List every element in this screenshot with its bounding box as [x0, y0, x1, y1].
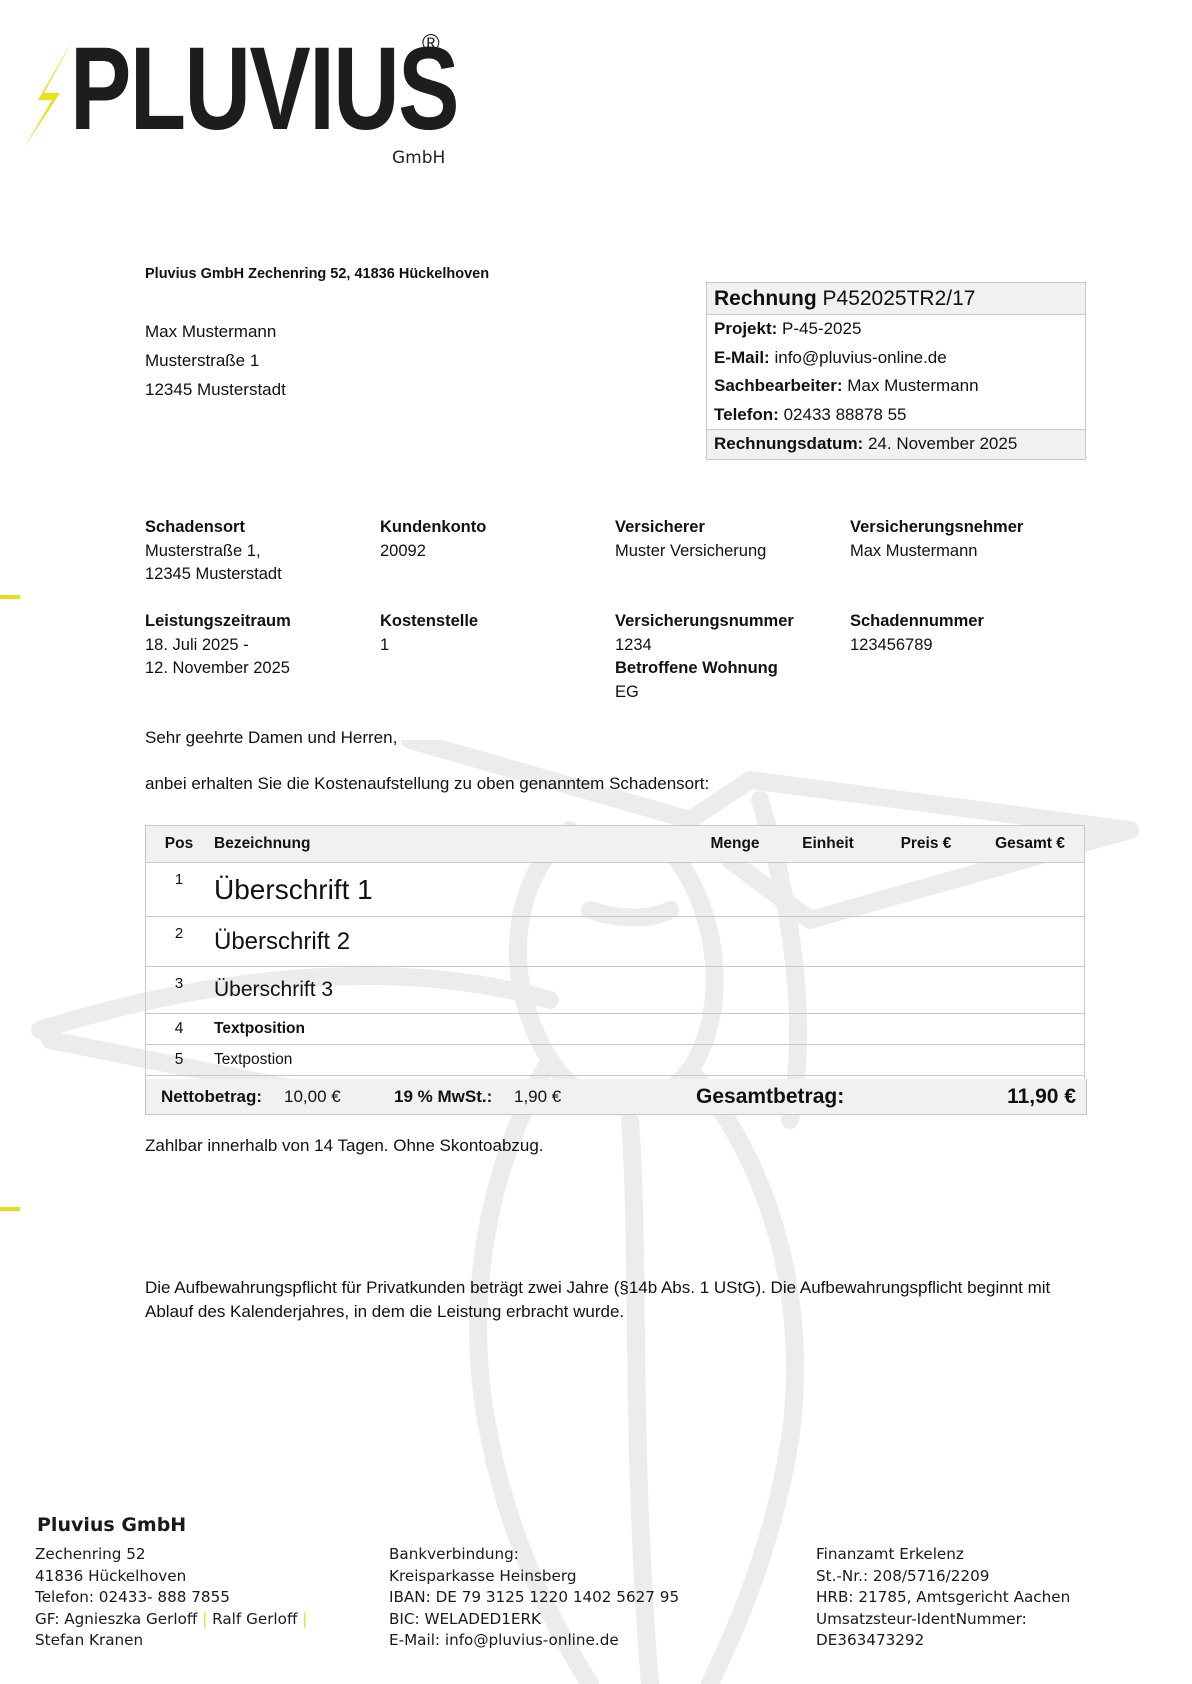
cell-pos: 4: [146, 1014, 213, 1045]
cell-gesamt: [976, 1014, 1085, 1045]
invoice-title-label: Rechnung: [714, 287, 817, 310]
meta-kundenkonto: Kundenkonto 20092: [380, 516, 610, 563]
cell-preis: [876, 1014, 976, 1045]
cell-pos: 5: [146, 1045, 213, 1076]
logo-suffix: GmbH: [392, 148, 445, 168]
meta-versicherungsnummer: Versicherungsnummer 1234 Betroffene Wohn…: [615, 610, 845, 704]
footer-managing-directors: GF: Agnieszka Gerloff | Ralf Gerloff |: [35, 1609, 307, 1631]
meta-value: Max Mustermann: [850, 540, 1080, 564]
cell-preis: [876, 967, 976, 1014]
info-row-email: E-Mail: info@pluvius-online.de: [707, 344, 1085, 373]
footer-bank: Bankverbindung: Kreisparkasse Heinsberg …: [389, 1544, 679, 1652]
sender-address-line: Pluvius GmbH Zechenring 52, 41836 Hückel…: [145, 266, 489, 282]
registered-mark: ®: [422, 30, 440, 58]
cell-menge: [690, 1045, 780, 1076]
footer-line: 41836 Hückelhoven: [35, 1566, 307, 1588]
cell-einheit: [780, 917, 876, 967]
cell-menge: [690, 863, 780, 917]
table-row: 2 Überschrift 2: [146, 917, 1085, 967]
footer-line: Umsatzsteur-IdentNummer:: [816, 1609, 1070, 1631]
meta-label: Versicherungsnehmer: [850, 516, 1080, 540]
meta-label: Kundenkonto: [380, 516, 610, 540]
cell-gesamt: [976, 863, 1085, 917]
meta-label: Kostenstelle: [380, 610, 610, 634]
meta-label: Schadensort: [145, 516, 375, 540]
cell-pos: 3: [146, 967, 213, 1014]
info-value: 02433 88878 55: [784, 405, 907, 424]
meta-kostenstelle: Kostenstelle 1: [380, 610, 610, 657]
meta-label: Betroffene Wohnung: [615, 657, 845, 681]
mwst-label: 19 % MwSt.:: [394, 1087, 492, 1107]
mwst-label-text: 19 % MwSt.:: [394, 1087, 492, 1106]
info-label: Sachbearbeiter:: [714, 376, 843, 395]
table-row: 4 Textposition: [146, 1014, 1085, 1045]
meta-versicherer: Versicherer Muster Versicherung: [615, 516, 845, 563]
table-header-row: Pos Bezeichnung Menge Einheit Preis € Ge…: [146, 826, 1085, 863]
totals-bar: Nettobetrag: 10,00 € 19 % MwSt.: 1,90 € …: [145, 1079, 1087, 1115]
info-label: E-Mail:: [714, 348, 770, 367]
meta-label: Versicherer: [615, 516, 845, 540]
table-row: 3 Überschrift 3: [146, 967, 1085, 1014]
netto-label: Nettobetrag:: [161, 1087, 262, 1107]
recipient-city: 12345 Musterstadt: [145, 375, 286, 404]
meta-value: Musterstraße 1,: [145, 540, 375, 564]
info-label: Projekt:: [714, 319, 777, 338]
footer-line: Kreisparkasse Heinsberg: [389, 1566, 679, 1588]
meta-label: Leistungszeitraum: [145, 610, 375, 634]
info-value: P-45-2025: [782, 319, 861, 338]
footer-company: Pluvius GmbH: [37, 1514, 186, 1536]
info-value: info@pluvius-online.de: [774, 348, 946, 367]
meta-label: Versicherungsnummer: [615, 610, 845, 634]
table-row: 5 Textpostion: [146, 1045, 1085, 1076]
footer-line: Telefon: 02433- 888 7855: [35, 1587, 307, 1609]
table-row: 1 Überschrift 1: [146, 863, 1085, 917]
gesamt-label: Gesamtbetrag:: [696, 1085, 844, 1109]
meta-label: Schadennummer: [850, 610, 1080, 634]
cell-preis: [876, 917, 976, 967]
footer-line: HRB: 21785, Amtsgericht Aachen: [816, 1587, 1070, 1609]
salutation: Sehr geehrte Damen und Herren,: [145, 728, 397, 748]
footer-line: BIC: WELADED1ERK: [389, 1609, 679, 1631]
footer-tax: Finanzamt Erkelenz St.-Nr.: 208/5716/220…: [816, 1544, 1070, 1652]
separator: |: [202, 1610, 207, 1628]
logo-wordmark: PLUVIUS: [70, 30, 458, 148]
col-bezeichnung: Bezeichnung: [212, 826, 690, 863]
cell-menge: [690, 967, 780, 1014]
invoice-date: 24. November 2025: [868, 434, 1017, 453]
cell-einheit: [780, 863, 876, 917]
meta-leistungszeitraum: Leistungszeitraum 18. Juli 2025 - 12. No…: [145, 610, 375, 681]
cell-desc: Textposition: [212, 1014, 690, 1045]
gf-name: Ralf Gerloff: [212, 1610, 297, 1628]
info-label: Telefon:: [714, 405, 779, 424]
cell-preis: [876, 863, 976, 917]
payment-terms: Zahlbar innerhalb von 14 Tagen. Ohne Sko…: [145, 1136, 544, 1156]
cell-einheit: [780, 967, 876, 1014]
meta-value: 1: [380, 634, 610, 658]
cell-preis: [876, 1045, 976, 1076]
legal-note: Die Aufbewahrungspflicht für Privatkunde…: [145, 1276, 1095, 1324]
meta-value: 20092: [380, 540, 610, 564]
meta-value: 123456789: [850, 634, 1080, 658]
cell-einheit: [780, 1045, 876, 1076]
footer-line: Zechenring 52: [35, 1544, 307, 1566]
info-value: Max Mustermann: [847, 376, 978, 395]
info-row-sachbearbeiter: Sachbearbeiter: Max Mustermann: [707, 372, 1085, 401]
meta-versicherungsnehmer: Versicherungsnehmer Max Mustermann: [850, 516, 1080, 563]
footer-line: DE363473292: [816, 1630, 1070, 1652]
mwst-value: 1,90 €: [514, 1087, 561, 1107]
footer-line: E-Mail: info@pluvius-online.de: [389, 1630, 679, 1652]
invoice-info-box: Rechnung P452025TR2/17 Projekt: P-45-202…: [706, 282, 1086, 460]
meta-value: 12345 Musterstadt: [145, 563, 375, 587]
info-row-telefon: Telefon: 02433 88878 55: [707, 401, 1085, 430]
fold-mark: [0, 595, 20, 599]
cell-gesamt: [976, 967, 1085, 1014]
col-einheit: Einheit: [780, 826, 876, 863]
info-label: Rechnungsdatum:: [714, 434, 863, 453]
meta-value: 1234: [615, 634, 845, 658]
footer-line: Bankverbindung:: [389, 1544, 679, 1566]
separator: |: [302, 1610, 307, 1628]
info-row-rechnungsdatum: Rechnungsdatum: 24. November 2025: [707, 429, 1085, 459]
invoice-title: Rechnung P452025TR2/17: [707, 283, 1085, 315]
meta-value: Muster Versicherung: [615, 540, 845, 564]
col-pos: Pos: [146, 826, 213, 863]
meta-value: 12. November 2025: [145, 657, 375, 681]
cell-pos: 2: [146, 917, 213, 967]
gesamt-value: 11,90 €: [1007, 1085, 1076, 1109]
col-menge: Menge: [690, 826, 780, 863]
col-preis: Preis €: [876, 826, 976, 863]
meta-value: 18. Juli 2025 -: [145, 634, 375, 658]
meta-value: EG: [615, 681, 845, 705]
intro-text: anbei erhalten Sie die Kostenaufstellung…: [145, 774, 709, 794]
cell-desc: Überschrift 2: [212, 917, 690, 967]
footer-line: Finanzamt Erkelenz: [816, 1544, 1070, 1566]
cell-menge: [690, 917, 780, 967]
cell-gesamt: [976, 917, 1085, 967]
cell-desc: Überschrift 3: [212, 967, 690, 1014]
netto-label-text: Nettobetrag:: [161, 1087, 262, 1106]
meta-schadennummer: Schadennummer 123456789: [850, 610, 1080, 657]
footer-address: Zechenring 52 41836 Hückelhoven Telefon:…: [35, 1544, 307, 1652]
netto-value: 10,00 €: [284, 1087, 341, 1107]
cell-einheit: [780, 1014, 876, 1045]
recipient-name: Max Mustermann: [145, 317, 286, 346]
cell-gesamt: [976, 1045, 1085, 1076]
col-gesamt: Gesamt €: [976, 826, 1085, 863]
info-row-projekt: Projekt: P-45-2025: [707, 315, 1085, 344]
cell-pos: 1: [146, 863, 213, 917]
footer-line: St.-Nr.: 208/5716/2209: [816, 1566, 1070, 1588]
meta-schadensort: Schadensort Musterstraße 1, 12345 Muster…: [145, 516, 375, 587]
fold-mark: [0, 1207, 20, 1211]
cell-desc: Überschrift 1: [212, 863, 690, 917]
footer-line: IBAN: DE 79 3125 1220 1402 5627 95: [389, 1587, 679, 1609]
gf-name: GF: Agnieszka Gerloff: [35, 1610, 197, 1628]
invoice-number: P452025TR2/17: [823, 287, 976, 310]
gf-name: Stefan Kranen: [35, 1630, 307, 1652]
line-items-table: Pos Bezeichnung Menge Einheit Preis € Ge…: [145, 825, 1085, 1107]
company-logo: PLUVIUS ® GmbH: [22, 30, 442, 180]
cell-menge: [690, 1014, 780, 1045]
cell-desc: Textpostion: [212, 1045, 690, 1076]
recipient-street: Musterstraße 1: [145, 346, 286, 375]
recipient-address: Max Mustermann Musterstraße 1 12345 Must…: [145, 317, 286, 404]
